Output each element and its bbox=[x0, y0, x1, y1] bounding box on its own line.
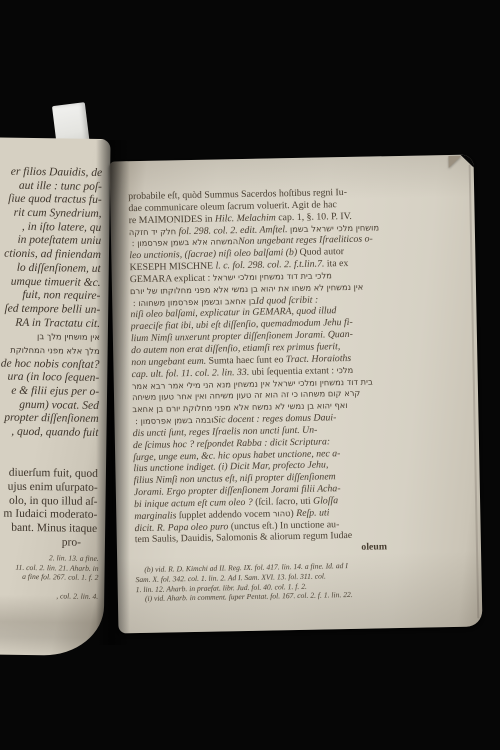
latin-text-segment: ſed tempore belli un- bbox=[4, 302, 100, 315]
latin-text-segment: m Iudaici moderato- bbox=[3, 508, 97, 521]
latin-text-segment: , quod, quando fuit bbox=[11, 426, 98, 439]
latin-text-segment: gnum) vocat. Sed bbox=[19, 399, 99, 412]
latin-text-segment: re MAIMONIDES in bbox=[129, 213, 215, 226]
latin-text-segment: cap. 1, §. 10. P. IV. bbox=[276, 211, 352, 223]
text-line: ſiue quod tractus fu- bbox=[0, 192, 102, 208]
latin-text-segment: aut ille : tunc poſ- bbox=[19, 179, 102, 192]
latin-text-segment: de hoc nobis conſtat? bbox=[1, 357, 100, 370]
text-line: ura (in loco ſequen- bbox=[0, 370, 99, 386]
latin-text-segment: Sic docent : reges domus Daui- bbox=[213, 412, 336, 425]
latin-text-segment: lo diſſenſionem, ut bbox=[17, 262, 101, 275]
text-line: m Iudaici moderato- bbox=[0, 506, 97, 522]
text-line: bant. Minus itaque bbox=[0, 520, 97, 536]
latin-text-segment: RA in Tractatu cit. bbox=[15, 316, 100, 329]
text-line: gnum) vocat. Sed bbox=[0, 397, 99, 413]
text-line: ctionis, ad finiendam bbox=[0, 246, 101, 262]
page-corner-cut bbox=[459, 155, 474, 169]
text-line: , quod, quando fuit bbox=[0, 424, 99, 440]
latin-text-segment: diuerſum fuit, quod bbox=[9, 467, 98, 480]
hebrew-text-segment: מלכי בית דוד נמשחין ומלכי ישראל bbox=[213, 270, 332, 282]
hebrew-text-segment: ובמה בשמן אפרסמון : bbox=[132, 415, 213, 427]
text-line: , in iſto latere, qu bbox=[0, 219, 101, 235]
latin-text-segment: er filios Dauidis, de bbox=[11, 166, 103, 179]
text-line: מלך אלא מפני המחלוקת bbox=[0, 342, 100, 358]
dogear-fold bbox=[448, 156, 461, 168]
latin-text-segment: Gloſſa bbox=[313, 495, 338, 506]
latin-text-segment: ctionis, ad finiendam bbox=[4, 248, 101, 261]
text-line: RA in Tractatu cit. bbox=[0, 315, 100, 331]
text-line: er filios Dauidis, de bbox=[0, 164, 102, 180]
latin-text-segment: non ungebant eum. bbox=[131, 356, 206, 368]
hebrew-text-segment: בן אחאב ובשמן אפרסמון משחוהו : bbox=[130, 295, 256, 307]
latin-text-segment: Reſp. uti bbox=[296, 507, 329, 519]
text-line: rit cum Synedrium, bbox=[0, 205, 102, 221]
latin-text-segment: ſupplet addendo vocem bbox=[176, 508, 273, 521]
latin-text-segment: rit cum Synedrium, bbox=[14, 207, 102, 220]
latin-text-segment: l. c. fol. 298. col. 2. f.t.lin.7. bbox=[215, 258, 324, 271]
text-line: ſed tempore belli un- bbox=[0, 301, 100, 317]
footnote-line: , col. 2. lin. 4. bbox=[0, 590, 98, 602]
text-line: ujus enim uſurpato- bbox=[0, 479, 98, 495]
latin-text-segment: e & filii ejus per o- bbox=[11, 385, 99, 398]
hebrew-text-segment: מלך אלא מפני המחלוקת bbox=[10, 345, 99, 356]
text-line: propter diſſenſionem bbox=[0, 411, 99, 427]
right-book-page: probabile eſt, quòd Summus Sacerdos hoſt… bbox=[110, 155, 483, 634]
latin-text-segment: , in iſto latere, qu bbox=[22, 221, 102, 234]
latin-text-segment: Id quod ſcribit : bbox=[256, 294, 319, 306]
right-page-footnotes: (b) vid. R. D. Kimchi ad II. Reg. IX. fo… bbox=[135, 560, 390, 604]
latin-text-segment: KESEPH MISCHNE bbox=[129, 261, 215, 274]
latin-text-segment: dicit. R. Papa oleo puro bbox=[134, 521, 230, 534]
latin-text-segment: ura (in loco ſequen- bbox=[8, 371, 100, 384]
latin-text-segment: GEMARA explicat : bbox=[130, 272, 213, 285]
latin-text-segment: fuit, non require- bbox=[22, 289, 100, 302]
hebrew-text-segment: המשחה אלא בשמן אפרסמון : bbox=[129, 236, 238, 248]
text-line: e & filii ejus per o- bbox=[0, 383, 99, 399]
latin-text-segment: in poteſtatem uniu bbox=[17, 234, 101, 247]
text-line: lo diſſenſionem, ut bbox=[0, 260, 101, 276]
text-line: umque timuerit &c. bbox=[0, 274, 101, 290]
latin-text-segment: umque timuerit &c. bbox=[11, 275, 101, 288]
hebrew-text-segment: אין מושחין מלך בן bbox=[37, 331, 100, 342]
right-page-text-block: probabile eſt, quòd Summus Sacerdos hoſt… bbox=[128, 186, 388, 604]
latin-text-segment: (unctus eſt.) In unctione au- bbox=[231, 519, 340, 532]
latin-text-segment: Sumta haec ſunt eo bbox=[206, 354, 286, 367]
book-photo: er filios Dauidis, deaut ille : tunc poſ… bbox=[0, 0, 500, 750]
text-line: אין מושחין מלך בן bbox=[0, 328, 100, 344]
latin-text-segment: ita ex bbox=[324, 258, 348, 269]
left-page-footnotes: 2. lin. 13. a fine.11. col. 2. lin. 21. … bbox=[0, 551, 99, 602]
latin-text-segment: Non ungebant reges Iſraeliticos o- bbox=[238, 234, 373, 248]
left-book-page: er filios Dauidis, deaut ille : tunc poſ… bbox=[0, 137, 111, 656]
text-line: de hoc nobis conſtat? bbox=[0, 356, 100, 372]
latin-text-segment: bant. Minus itaque bbox=[11, 522, 97, 535]
latin-text-segment: propter diſſenſionem bbox=[4, 412, 99, 425]
latin-text-segment: olo, in quo illud aſ- bbox=[9, 494, 98, 507]
text-line: aut ille : tunc poſ- bbox=[0, 178, 102, 194]
latin-text-segment: (ſcil. ſacro, uti bbox=[255, 496, 313, 508]
latin-text-segment: ubi ſequentia extant : bbox=[249, 365, 337, 378]
latin-text-segment: Tract. Horaioths bbox=[286, 353, 352, 365]
hebrew-text-segment: אין מושחין מלכי ישראל בשמן bbox=[290, 222, 381, 234]
latin-text-segment: Hilc. Melachim bbox=[215, 212, 276, 224]
hebrew-text-segment: טהור bbox=[273, 508, 291, 518]
latin-text-segment: marginalis bbox=[134, 510, 176, 522]
latin-text-segment: ſiue quod tractus fu- bbox=[8, 193, 102, 206]
text-line: in poteſtatem uniu bbox=[0, 233, 101, 249]
latin-text-segment: Quod autor bbox=[297, 246, 344, 258]
latin-text-segment: ujus enim uſurpato- bbox=[8, 480, 98, 493]
hebrew-text-segment: מלכי bbox=[336, 365, 353, 375]
text-line: fuit, non require- bbox=[0, 287, 100, 303]
text-line: olo, in quo illud aſ- bbox=[0, 493, 98, 509]
text-line: diuerſum fuit, quod bbox=[0, 465, 98, 481]
text-line bbox=[0, 452, 98, 468]
hebrew-text-segment: חלק יד חזקה bbox=[129, 226, 176, 237]
left-page-text-block: er filios Dauidis, deaut ille : tunc poſ… bbox=[0, 164, 102, 550]
